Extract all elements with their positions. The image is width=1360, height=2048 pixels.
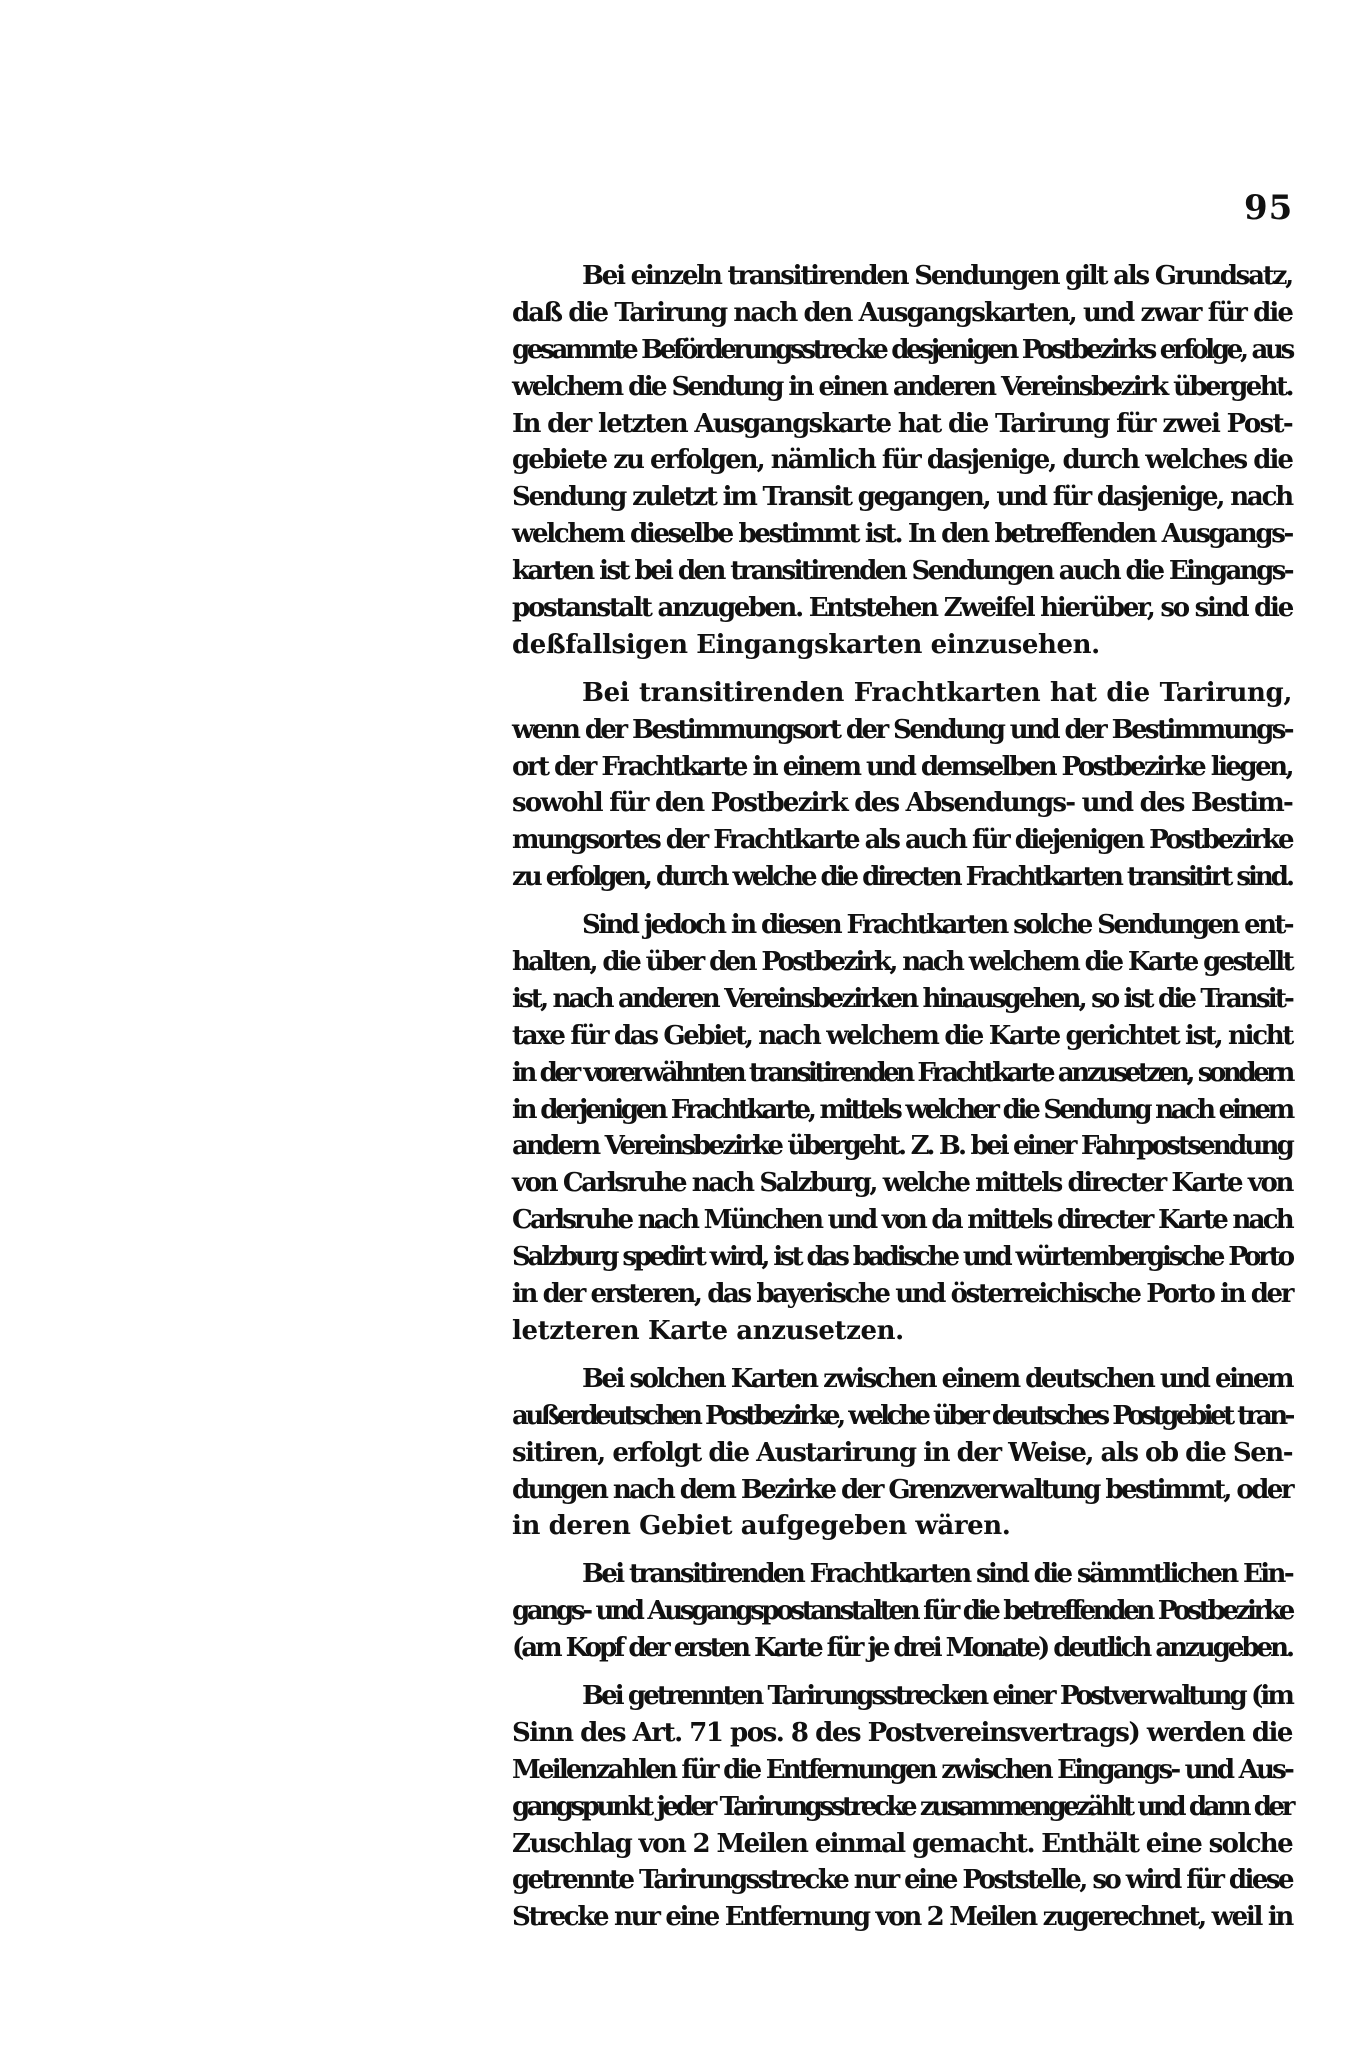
paragraph-4: Bei solchen Karten zwischen einem deutsc… <box>512 1361 1292 1545</box>
body-text: Bei einzeln transitirenden Sendungen gil… <box>512 258 1292 1947</box>
text-line: Bei einzeln transitirenden Sendungen gil… <box>512 258 1292 295</box>
paragraph-5: Bei transitirenden Frachtkarten sind die… <box>512 1556 1292 1667</box>
text-line: taxe für das Gebiet, nach welchem die Ka… <box>512 1018 1292 1055</box>
paragraph-3: Sind jedoch in diesen Frachtkarten solch… <box>512 907 1292 1350</box>
text-line: außerdeutschen Postbezirke, welche über … <box>512 1398 1292 1435</box>
text-line: in der ersteren, das bayerische und öste… <box>512 1276 1292 1313</box>
text-line: zu erfolgen, durch welche die directen F… <box>512 859 1292 896</box>
text-line: Carlsruhe nach München und von da mittel… <box>512 1202 1292 1239</box>
text-line: welchem dieselbe bestimmt ist. In den be… <box>512 516 1292 553</box>
text-line: in derjenigen Frachtkarte, mittels welch… <box>512 1092 1292 1129</box>
text-line: gesammte Beförderungsstrecke desjenigen … <box>512 332 1292 369</box>
text-line: in deren Gebiet aufgegeben wären. <box>512 1508 1292 1545</box>
text-line: von Carlsruhe nach Salzburg, welche mitt… <box>512 1165 1292 1202</box>
text-line: Meilenzahlen für die Entfernungen zwisch… <box>512 1752 1292 1789</box>
text-line: Bei transitirenden Frachtkarten hat die … <box>512 675 1292 712</box>
paragraph-1: Bei einzeln transitirenden Sendungen gil… <box>512 258 1292 664</box>
text-line: sitiren, erfolgt die Austarirung in der … <box>512 1435 1292 1472</box>
text-line: In der letzten Ausgangskarte hat die Tar… <box>512 406 1292 443</box>
text-line: letzteren Karte anzusetzen. <box>512 1313 1292 1350</box>
text-line: gangs- und Ausgangspostanstalten für die… <box>512 1593 1292 1630</box>
text-line: andern Vereinsbezirke übergeht. Z. B. be… <box>512 1128 1292 1165</box>
text-line: Strecke nur eine Entfernung von 2 Meilen… <box>512 1899 1292 1936</box>
text-line: Sinn des Art. 71 pos. 8 des Postvereinsv… <box>512 1715 1292 1752</box>
text-line: sowohl für den Postbezirk des Absendungs… <box>512 785 1292 822</box>
text-line: karten ist bei den transitirenden Sendun… <box>512 553 1292 590</box>
text-line: Bei getrennten Tarirungsstrecken einer P… <box>512 1678 1292 1715</box>
text-line: Bei solchen Karten zwischen einem deutsc… <box>512 1361 1292 1398</box>
paragraph-2: Bei transitirenden Frachtkarten hat die … <box>512 675 1292 896</box>
text-line: Salzburg spedirt wird, ist das badische … <box>512 1239 1292 1276</box>
page-number: 95 <box>1244 188 1293 228</box>
text-line: getrennte Tarirungsstrecke nur eine Post… <box>512 1862 1292 1899</box>
text-line: postanstalt anzugeben. Entstehen Zweifel… <box>512 590 1292 627</box>
text-line: mungsortes der Frachtkarte als auch für … <box>512 822 1292 859</box>
text-line: dungen nach dem Bezirke der Grenzverwalt… <box>512 1472 1292 1509</box>
paragraph-6: Bei getrennten Tarirungsstrecken einer P… <box>512 1678 1292 1936</box>
text-line: daß die Tarirung nach den Ausgangskarten… <box>512 295 1292 332</box>
text-line: (am Kopf der ersten Karte für je drei Mo… <box>512 1630 1292 1667</box>
text-line: Zuschlag von 2 Meilen einmal gemacht. En… <box>512 1826 1292 1863</box>
text-line: ort der Frachtkarte in einem und demselb… <box>512 749 1292 786</box>
text-line: wenn der Bestimmungsort der Sendung und … <box>512 712 1292 749</box>
text-line: deßfallsigen Eingangskarten einzusehen. <box>512 627 1292 664</box>
text-line: gebiete zu erfolgen, nämlich für dasjeni… <box>512 442 1292 479</box>
text-line: halten, die über den Postbezirk, nach we… <box>512 944 1292 981</box>
text-line: welchem die Sendung in einen anderen Ver… <box>512 369 1292 406</box>
text-line: Sendung zuletzt im Transit gegangen, und… <box>512 479 1292 516</box>
text-line: gangspunkt jeder Tarirungsstrecke zusamm… <box>512 1789 1292 1826</box>
text-line: Sind jedoch in diesen Frachtkarten solch… <box>512 907 1292 944</box>
text-line: ist, nach anderen Vereinsbezirken hinaus… <box>512 981 1292 1018</box>
text-line: in der vorerwähnten transitirenden Frach… <box>512 1055 1292 1092</box>
text-line: Bei transitirenden Frachtkarten sind die… <box>512 1556 1292 1593</box>
